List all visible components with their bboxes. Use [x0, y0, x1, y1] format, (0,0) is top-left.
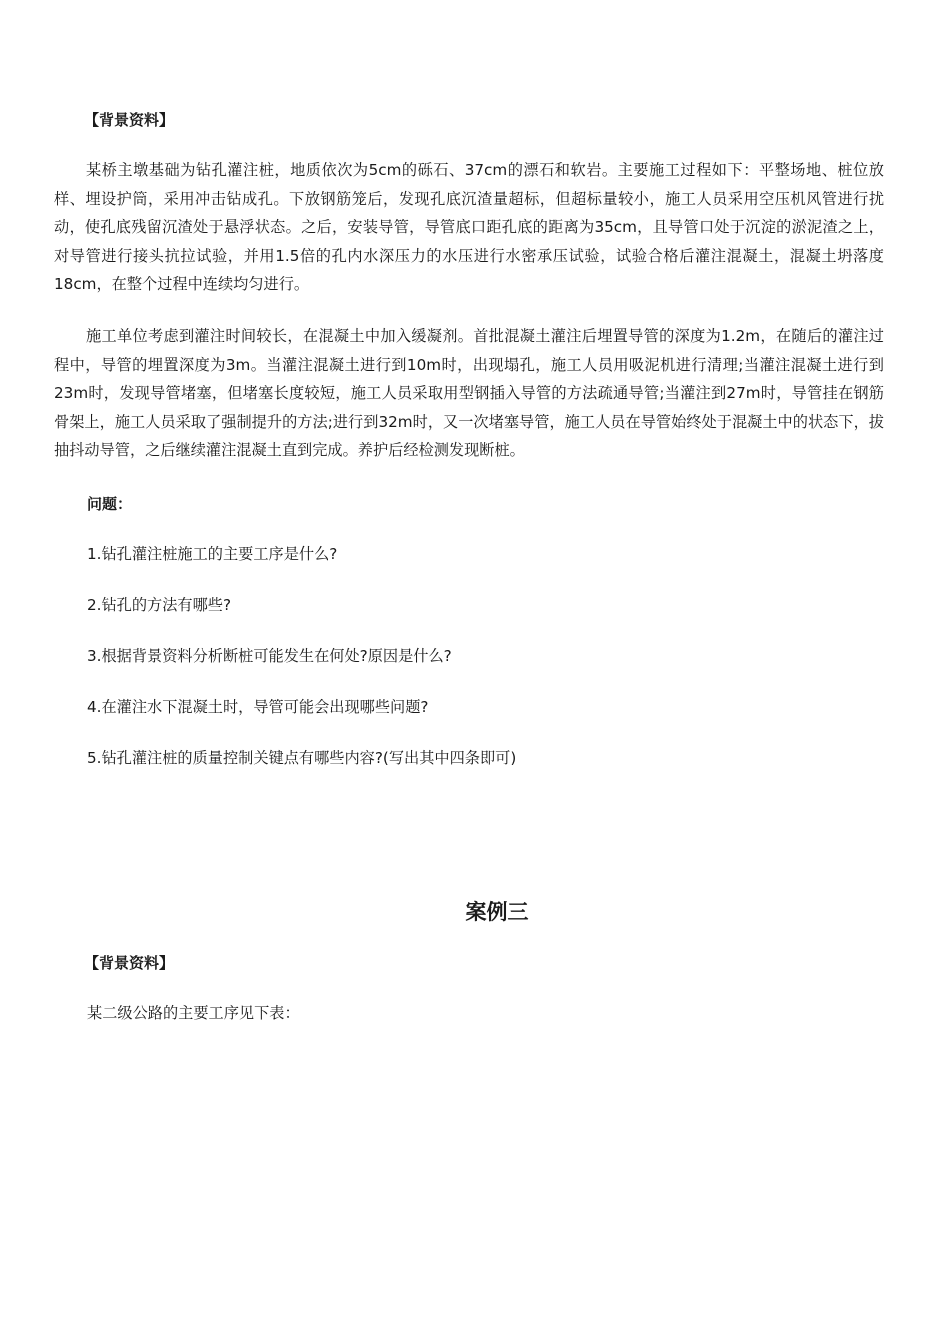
case-title: 案例三	[0, 896, 950, 926]
background-heading: 【背景资料】	[84, 109, 174, 130]
question-5: 5.钻孔灌注桩的质量控制关键点有哪些内容?(写出其中四条即可)	[87, 747, 516, 768]
question-3: 3.根据背景资料分析断桩可能发生在何处?原因是什么?	[87, 645, 452, 666]
question-2: 2.钻孔的方法有哪些?	[87, 594, 231, 615]
background-paragraph-2: 施工单位考虑到灌注时间较长，在混凝土中加入缓凝剂。首批混凝土灌注后埋置导管的深度…	[54, 322, 884, 465]
document-page: 【背景资料】 某桥主墩基础为钻孔灌注桩，地质依次为5cm的砾石、37cm的漂石和…	[0, 0, 950, 1344]
questions-title: 问题：	[87, 493, 132, 514]
case3-intro-text: 某二级公路的主要工序见下表：	[87, 1002, 300, 1023]
question-4: 4.在灌注水下混凝土时，导管可能会出现哪些问题?	[87, 696, 429, 717]
question-1: 1.钻孔灌注桩施工的主要工序是什么?	[87, 543, 337, 564]
case3-background-heading: 【背景资料】	[84, 952, 174, 973]
background-paragraph-1: 某桥主墩基础为钻孔灌注桩，地质依次为5cm的砾石、37cm的漂石和软岩。主要施工…	[54, 156, 884, 299]
